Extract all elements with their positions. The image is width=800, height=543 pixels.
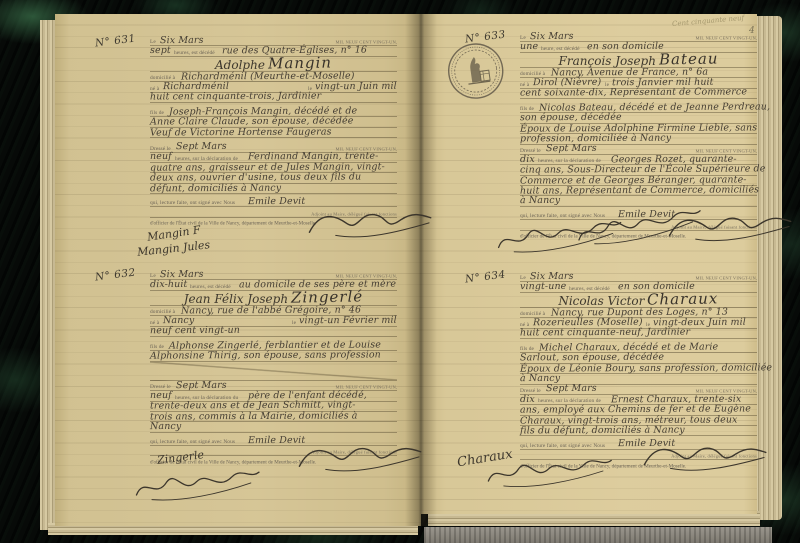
officer-signature	[639, 435, 756, 481]
page-edges-left	[40, 20, 56, 530]
record-631: N° 631LeSix MarsMIL NEUF CENT VINGT-UN,s…	[95, 36, 397, 227]
record-line: huit cent cinquante-neuf, Jardinier	[520, 329, 757, 339]
record-line	[150, 362, 397, 381]
handwritten-entry: Nancy	[150, 422, 181, 432]
deceased-given-names: Nicolas Victor	[558, 295, 644, 307]
handwritten-entry: huit cent cinquante-neuf, Jardinier	[520, 328, 690, 338]
handwritten-entry: huit cent cinquante-trois, Jardinier	[150, 92, 321, 102]
cloth-strip	[424, 527, 772, 543]
printed-officer-label: d'officier de l'État civil de la Ville d…	[150, 220, 316, 226]
record-line: huit cent cinquante-trois, Jardinier	[150, 93, 397, 103]
handwritten-entry: vingt-un Juin mil	[315, 82, 397, 92]
record-line: Alphonsine Thirig, son épouse, sans prof…	[150, 351, 397, 361]
handwritten-entry: Sept Mars	[176, 142, 227, 152]
handwritten-entry: Sept Mars	[546, 144, 597, 154]
printed-label: heures, est décédé	[569, 286, 610, 291]
handwritten-entry: cent soixante-dix, Représentant de Comme…	[520, 88, 747, 99]
handwritten-entry: une	[520, 42, 538, 52]
printed-label: qui, lecture faite, ont signé avec Nous	[150, 440, 235, 445]
printed-label: fils de	[150, 345, 164, 350]
record-number: N° 632	[95, 268, 137, 283]
deceased-surname: Mangin	[268, 55, 332, 71]
handwritten-entry: Sarlout, son épouse, décédée	[520, 353, 664, 363]
officer-signature	[664, 204, 786, 252]
deceased-surname: Bateau	[659, 51, 719, 67]
record-line: vingt-uneheures, est décédéen son domici…	[520, 282, 757, 292]
record-632: N° 632LeSix MarsMIL NEUF CENT VINGT-UN,d…	[95, 270, 397, 466]
record-line: François Joseph Bateau	[520, 53, 757, 68]
handwritten-entry: neuf	[150, 152, 172, 162]
printed-label: qui, lecture faite, ont signé avec Nous	[150, 201, 235, 206]
handwritten-entry: neuf cent vingt-un	[150, 326, 240, 336]
handwritten-entry: vingt-une	[520, 282, 566, 292]
record-number: N° 634	[465, 270, 507, 285]
handwritten-entry: deux ans, ouvrier d'usine, tous deux fil…	[150, 173, 361, 184]
record-634: N° 634LeSix MarsMIL NEUF CENT VINGT-UN,v…	[465, 272, 757, 470]
handwritten-entry: Nancy, rue de l'abbé Grégoire, n° 46	[181, 305, 361, 315]
handwritten-entry: Veuf de Victorine Hortense Faugeras	[150, 127, 332, 137]
printed-label: heures, sur la déclaration de	[175, 157, 238, 162]
deceased-given-names: François Joseph	[559, 55, 656, 67]
record-line: Nicolas Victor Charaux	[520, 293, 757, 308]
record-line: Nancy	[150, 422, 397, 432]
record-line: fils du défunt, domiciliés à Nancy	[520, 426, 757, 436]
record-number: N° 631	[95, 34, 137, 49]
handwritten-entry: trois ans, commis à la Mairie, domicilié…	[150, 411, 358, 422]
handwritten-entry: son épouse, décédée	[520, 113, 622, 123]
deceased-surname: Charaux	[647, 291, 719, 307]
record-line: cent soixante-dix, Représentant de Comme…	[520, 89, 757, 99]
deceased-given-names: Adolphe	[215, 59, 265, 71]
handwritten-entry: fils du défunt, domiciliés à Nancy	[520, 426, 685, 436]
handwritten-entry: neuf	[150, 391, 172, 401]
handwritten-entry: en son domicile	[587, 42, 664, 52]
handwritten-entry: Emile Devit	[248, 197, 305, 207]
record-line: Veuf de Victorine Hortense Faugeras	[150, 128, 397, 138]
printed-label: heures, est décédé	[190, 284, 231, 289]
record-line: uneheure, est décédéen son domicile	[520, 42, 757, 52]
handwritten-entry: dix	[520, 395, 535, 405]
official-seal-stamp	[443, 38, 509, 107]
printed-year-label: MIL NEUF CENT VINGT-UN,	[695, 37, 757, 42]
record-line: Adolphe Mangin	[150, 57, 397, 72]
printed-year-label: MIL NEUF CENT VINGT-UN,	[695, 277, 757, 282]
handwritten-entry: Sept Mars	[176, 380, 227, 390]
record-line: défunt, domiciliés à Nancy	[150, 184, 397, 194]
printed-label: heures, est décédé	[174, 50, 215, 55]
deceased-surname: Zingerlé	[291, 289, 363, 305]
scanned-register-page: Cent cinquante neuf 4 N° 631LeSix MarsMI…	[0, 0, 800, 543]
record-line: neuf cent vingt-un	[150, 327, 397, 337]
handwritten-entry: défunt, domiciliés à Nancy	[150, 183, 281, 193]
handwritten-entry: à Nancy	[520, 196, 560, 206]
handwritten-entry: sept	[150, 46, 171, 56]
record-line: à Nancy	[520, 196, 757, 206]
record-633: N° 633LeSix MarsMIL NEUF CENT VINGT-UN,u…	[465, 32, 757, 240]
record-line: trois ans, commis à la Mairie, domicilié…	[150, 412, 397, 422]
handwritten-entry: dix-huit	[150, 280, 187, 290]
handwritten-entry: Sept Mars	[546, 384, 597, 394]
handwritten-entry: dix	[520, 155, 535, 165]
printed-label: heure, est décédé	[541, 46, 580, 51]
deceased-given-names: Jean Félix Joseph	[184, 293, 288, 305]
handwritten-entry: Alphonsine Thirig, son épouse, sans prof…	[150, 351, 381, 362]
printed-label: qui, lecture faite, ont signé avec Nous	[520, 443, 605, 448]
handwritten-entry: vingt-un Février mil	[299, 316, 397, 326]
printed-label: le	[292, 320, 296, 325]
